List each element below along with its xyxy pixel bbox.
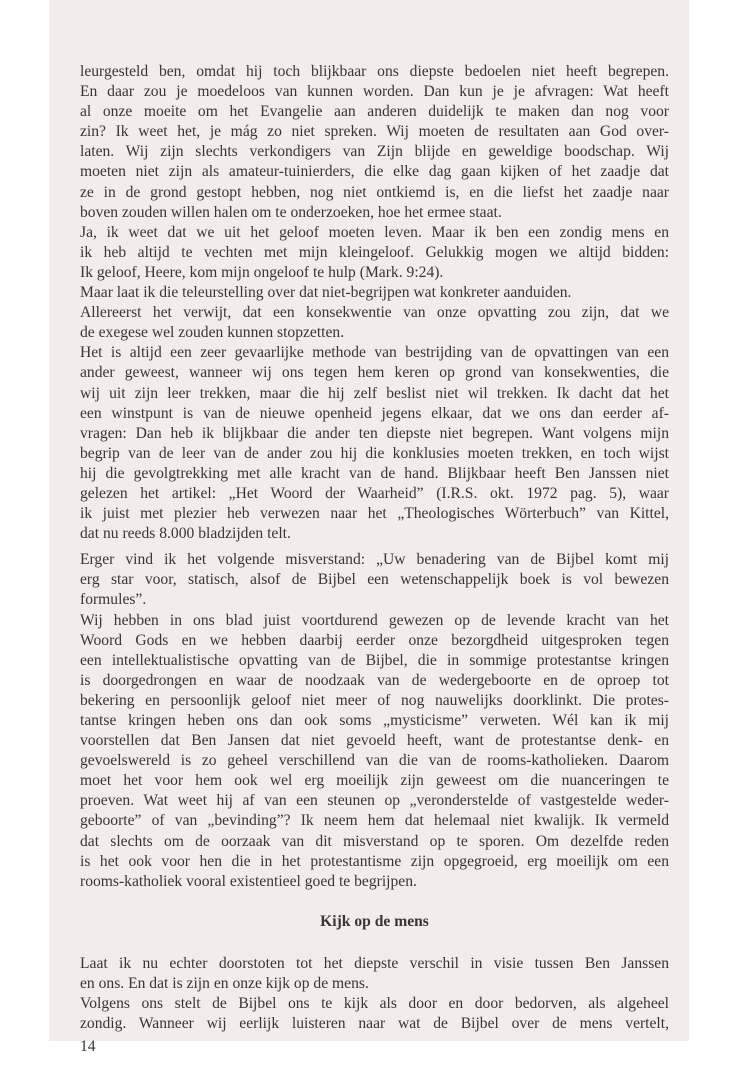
text-line: bekering en persoonlijk geloof niet meer… (80, 691, 669, 711)
text-line: Allereerst het verwijt, dat een konsekwe… (80, 303, 669, 323)
page-number: 14 (80, 1037, 669, 1057)
section-heading: Kijk op de mens (80, 912, 669, 932)
text-line: een winstpunt is van de nieuwe openheid … (80, 404, 669, 424)
text-line: tantse kringen heben ons dan ook soms „m… (80, 711, 669, 731)
text-line: Volgens ons stelt de Bijbel ons te kijk … (80, 994, 669, 1014)
text-line: is doorgedrongen en waar de noodzaak van… (80, 671, 669, 691)
text-line: moet het voor hem ook wel erg moeilijk z… (80, 771, 669, 791)
text-line: formules”. (80, 590, 669, 610)
text-line: Ja, ik weet dat we uit het geloof moeten… (80, 223, 669, 243)
text-line: Laat ik nu echter doorstoten tot het die… (80, 954, 669, 974)
text-line: gevoelswereld is zo geheel verschillend … (80, 751, 669, 771)
text-line: al onze moeite om het Evangelie aan ande… (80, 102, 669, 122)
text-line: Wij hebben in ons blad juist voortdurend… (80, 611, 669, 631)
paragraph: Erger vind ik het volgende misverstand: … (80, 550, 669, 610)
text-line: en ons. En dat is zijn en onze kijk op d… (80, 974, 669, 994)
text-line: Ik geloof, Heere, kom mijn ongeloof te h… (80, 263, 669, 283)
text-line: Erger vind ik het volgende misverstand: … (80, 550, 669, 570)
text-line: proeven. Wat weet hij af van een steunen… (80, 791, 669, 811)
text-line: vragen: Dan heb ik blijkbaar die ander t… (80, 424, 669, 444)
text-line: gelezen het artikel: „Het Woord der Waar… (80, 484, 669, 504)
text-line: wij uit zijn leer trekken, maar die hij … (80, 384, 669, 404)
text-line: Maar laat ik die teleurstelling over dat… (80, 283, 669, 303)
text-line: leurgesteld ben, omdat hij toch blijkbaa… (80, 62, 669, 82)
text-line: geboorte” of van „bevinding”? Ik neem he… (80, 811, 669, 831)
text-line: Het is altijd een zeer gevaarlijke metho… (80, 343, 669, 363)
text-line: hij die gevolgtrekking met alle kracht v… (80, 464, 669, 484)
text-line: zondig. Wanneer wij eerlijk luisteren na… (80, 1014, 669, 1034)
text-line: laten. Wij zijn slechts verkondigers van… (80, 142, 669, 162)
text-line: En daar zou je moedeloos van kunnen word… (80, 82, 669, 102)
text-line: ik juist met plezier heb verwezen naar h… (80, 504, 669, 524)
paragraph: Ja, ik weet dat we uit het geloof moeten… (80, 223, 669, 283)
text-line: erg star voor, statisch, alsof de Bijbel… (80, 570, 669, 590)
paragraph: Allereerst het verwijt, dat een konsekwe… (80, 303, 669, 343)
paragraph: Volgens ons stelt de Bijbel ons te kijk … (80, 994, 669, 1034)
paragraph: Maar laat ik die teleurstelling over dat… (80, 283, 669, 303)
paragraph: Wij hebben in ons blad juist voortdurend… (80, 611, 669, 892)
text-line: de exegese wel zouden kunnen stopzetten. (80, 323, 669, 343)
text-line: ander geweest, wanneer wij ons tegen hem… (80, 363, 669, 383)
text-line: ik heb altijd te vechten met mijn kleing… (80, 243, 669, 263)
text-line: boven zouden willen halen om te onderzoe… (80, 203, 669, 223)
text-line: dat nu reeds 8.000 bladzijden telt. (80, 524, 669, 544)
text-line: voorstellen dat Ben Jansen dat niet gevo… (80, 731, 669, 751)
text-line: begrip van de leer van de ander zou hij … (80, 444, 669, 464)
text-line: zin? Ik weet het, je mág zo niet spreken… (80, 122, 669, 142)
text-line: rooms-katholiek vooral existentieel goed… (80, 872, 669, 892)
text-line: dat slechts om de oorzaak van dit misver… (80, 832, 669, 852)
text-line: moeten niet zijn als amateur-tuinierders… (80, 162, 669, 182)
paragraph: leurgesteld ben, omdat hij toch blijkbaa… (80, 62, 669, 223)
paragraph: Laat ik nu echter doorstoten tot het die… (80, 954, 669, 994)
page-body: leurgesteld ben, omdat hij toch blijkbaa… (80, 62, 669, 1057)
scanned-page: leurgesteld ben, omdat hij toch blijkbaa… (49, 0, 689, 1041)
paragraph: Het is altijd een zeer gevaarlijke metho… (80, 343, 669, 544)
text-line: Woord Gods en we hebben daarbij eerder o… (80, 631, 669, 651)
text-line: ze in de grond gestopt hebben, nog niet … (80, 183, 669, 203)
text-line: is het ook voor hen die in het protestan… (80, 852, 669, 872)
text-line: een intellektualistische opvatting van d… (80, 651, 669, 671)
